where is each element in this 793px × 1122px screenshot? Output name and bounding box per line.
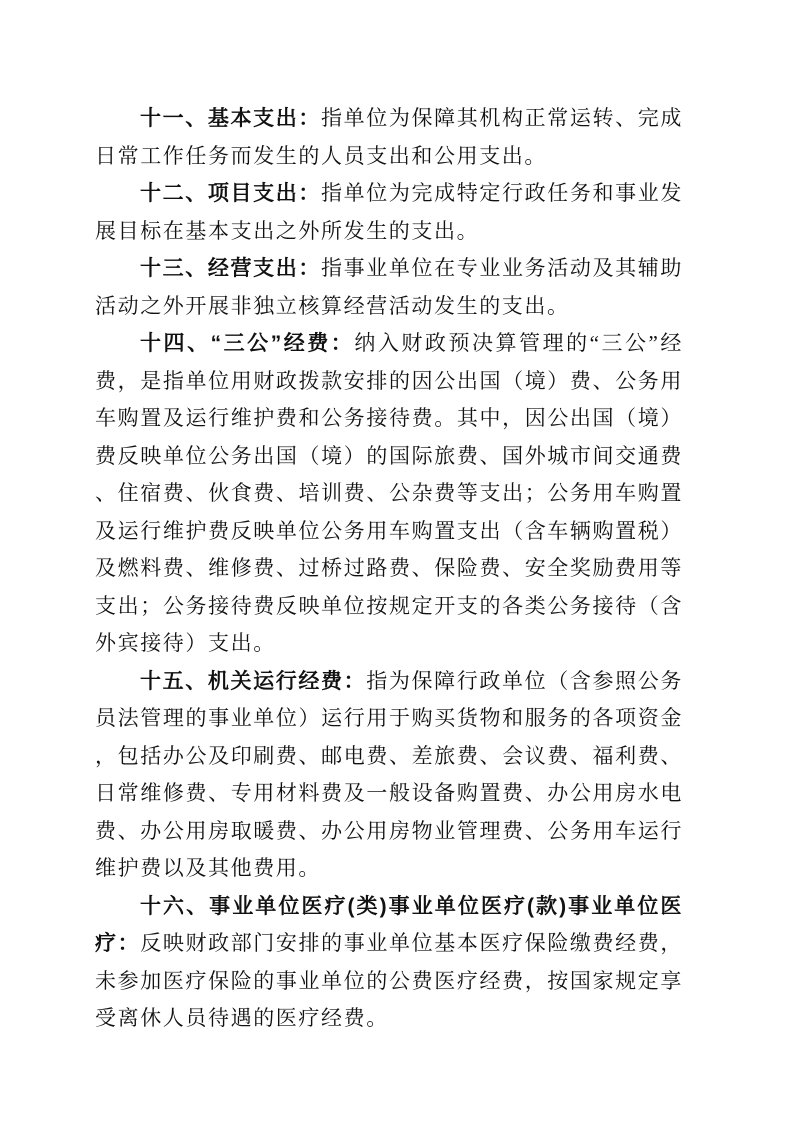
- definition-paragraph-16: 十六、事业单位医疗(类)事业单位医疗(款)事业单位医疗：反映财政部门安排的事业单…: [95, 888, 683, 1038]
- definition-term-12: 十二、项目支出：: [140, 182, 321, 205]
- definition-paragraph-14: 十四、“三公”经费：纳入财政预决算管理的“三公”经费，是指单位用财政拨款安排的因…: [95, 325, 683, 663]
- definition-paragraph-11: 十一、基本支出：指单位为保障其机构正常运转、完成日常工作任务而发生的人员支出和公…: [95, 100, 683, 175]
- definition-body-15: 指为保障行政单位（含参照公务员法管理的事业单位）运行用于购买货物和服务的各项资金…: [95, 669, 683, 881]
- definition-term-11: 十一、基本支出：: [140, 107, 321, 130]
- definition-paragraph-12: 十二、项目支出：指单位为完成特定行政任务和事业发展目标在基本支出之外所发生的支出…: [95, 175, 683, 250]
- definition-term-13: 十三、经营支出：: [140, 257, 321, 280]
- definition-term-15: 十五、机关运行经费：: [140, 670, 366, 693]
- definition-term-14: 十四、“三公”经费：: [140, 332, 354, 355]
- definition-body-14: 纳入财政预决算管理的“三公”经费，是指单位用财政拨款安排的因公出国（境）费、公务…: [95, 331, 683, 655]
- definition-body-16: 反映财政部门安排的事业单位基本医疗保险缴费经费，未参加医疗保险的事业单位的公费医…: [95, 931, 683, 1030]
- definition-paragraph-15: 十五、机关运行经费：指为保障行政单位（含参照公务员法管理的事业单位）运行用于购买…: [95, 663, 683, 888]
- definition-paragraph-13: 十三、经营支出：指事业单位在专业业务活动及其辅助活动之外开展非独立核算经营活动发…: [95, 250, 683, 325]
- document-page: 十一、基本支出：指单位为保障其机构正常运转、完成日常工作任务而发生的人员支出和公…: [0, 0, 793, 1122]
